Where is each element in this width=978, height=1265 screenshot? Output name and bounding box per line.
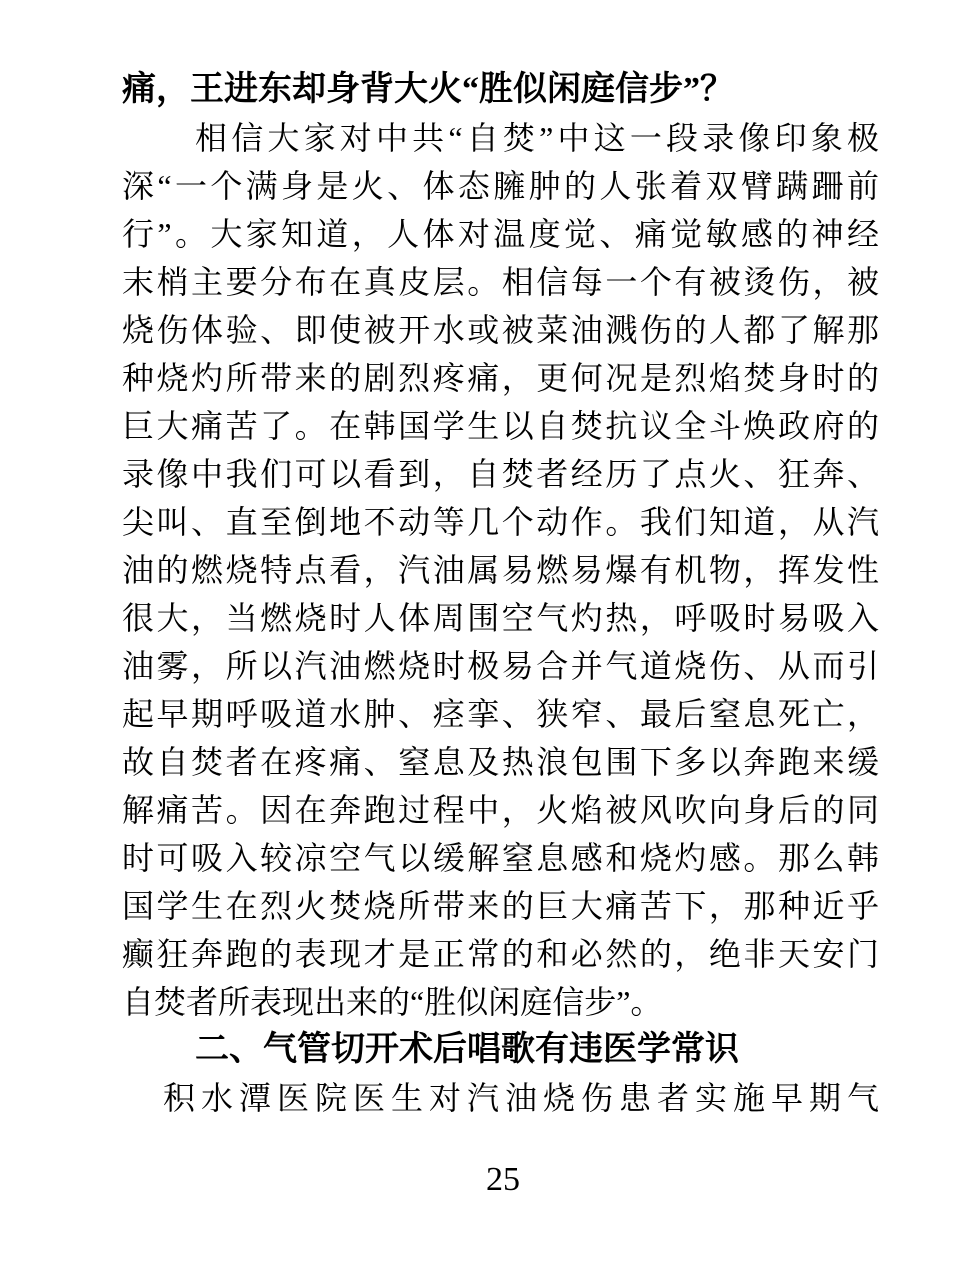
text-line: 相信大家对中共“自焚”中这一段录像印象极 <box>122 114 879 162</box>
text-line: 起早期呼吸道水肿、痉挛、狭窄、最后窒息死亡， <box>122 690 879 738</box>
text-line: 末梢主要分布在真皮层。相信每一个有被烫伤，被 <box>122 258 879 306</box>
heading-title: 痛，王进东却身背大火“胜似闲庭信步”？ <box>122 66 879 114</box>
text-line: 时可吸入较凉空气以缓解窒息感和烧灼感。那么韩 <box>122 834 879 882</box>
text-line: 国学生在烈火焚烧所带来的巨大痛苦下，那种近乎 <box>122 882 879 930</box>
text-line: 尖叫、直至倒地不动等几个动作。我们知道，从汽 <box>122 498 879 546</box>
text-line: 很大，当燃烧时人体周围空气灼热，呼吸时易吸入 <box>122 594 879 642</box>
section-heading: 二、气管切开术后唱歌有违医学常识 <box>122 1026 879 1074</box>
text-line: 油雾，所以汽油燃烧时极易合并气道烧伤、从而引 <box>122 642 879 690</box>
text-line: 癫狂奔跑的表现才是正常的和必然的，绝非天安门 <box>122 930 879 978</box>
text-line: 解痛苦。因在奔跑过程中，火焰被风吹向身后的同 <box>122 786 879 834</box>
text-line: 巨大痛苦了。在韩国学生以自焚抗议全斗焕政府的 <box>122 402 879 450</box>
document-page: 痛，王进东却身背大火“胜似闲庭信步”？相信大家对中共“自焚”中这一段录像印象极深… <box>0 0 978 1265</box>
text-line: 行”。大家知道，人体对温度觉、痛觉敏感的神经 <box>122 210 879 258</box>
text-line: 种烧灼所带来的剧烈疼痛，更何况是烈焰焚身时的 <box>122 354 879 402</box>
text-line: 自焚者所表现出来的“胜似闲庭信步”。 <box>122 978 879 1026</box>
text-line: 烧伤体验、即使被开水或被菜油溅伤的人都了解那 <box>122 306 879 354</box>
text-line: 故自焚者在疼痛、窒息及热浪包围下多以奔跑来缓 <box>122 738 879 786</box>
page-number: 25 <box>0 1156 978 1204</box>
text-line: 深“一个满身是火、体态臃肿的人张着双臂蹒跚前 <box>122 162 879 210</box>
text-line: 录像中我们可以看到，自焚者经历了点火、狂奔、 <box>122 450 879 498</box>
text-line: 油的燃烧特点看，汽油属易燃易爆有机物，挥发性 <box>122 546 879 594</box>
text-block: 痛，王进东却身背大火“胜似闲庭信步”？相信大家对中共“自焚”中这一段录像印象极深… <box>122 66 879 1122</box>
text-line: 积水潭医院医生对汽油烧伤患者实施早期气 <box>122 1074 879 1122</box>
